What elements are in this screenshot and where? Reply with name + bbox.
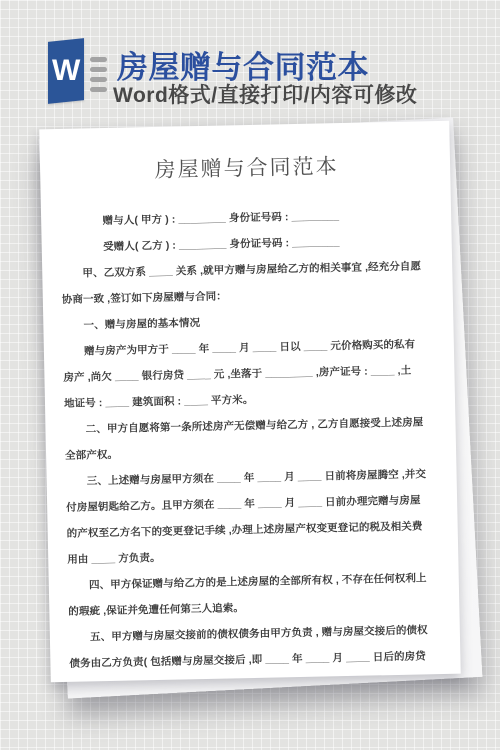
paper-sheet-front: 房屋赠与合同范本 赠与人( 甲方 ) : ________ 身份证号码 : __… xyxy=(39,121,460,682)
promo-subtitle: Word格式/直接打印/内容可修改 xyxy=(113,79,417,109)
contract-title: 房屋赠与合同范本 xyxy=(59,153,434,185)
page-background: W 房屋赠与合同范本 Word格式/直接打印/内容可修改 房屋赠与合同范本 赠与… xyxy=(0,0,500,750)
contract-document: 房屋赠与合同范本 赠与人( 甲方 ) : ________ 身份证号码 : __… xyxy=(58,121,444,677)
document-lines-icon xyxy=(90,57,108,93)
promo-header: W 房屋赠与合同范本 Word格式/直接打印/内容可修改 xyxy=(0,0,500,118)
word-logo-letter: W xyxy=(52,56,80,86)
word-logo-icon: W xyxy=(48,38,84,104)
contract-body: 赠与人( 甲方 ) : ________ 身份证号码 : ________ 受赠… xyxy=(60,201,445,677)
